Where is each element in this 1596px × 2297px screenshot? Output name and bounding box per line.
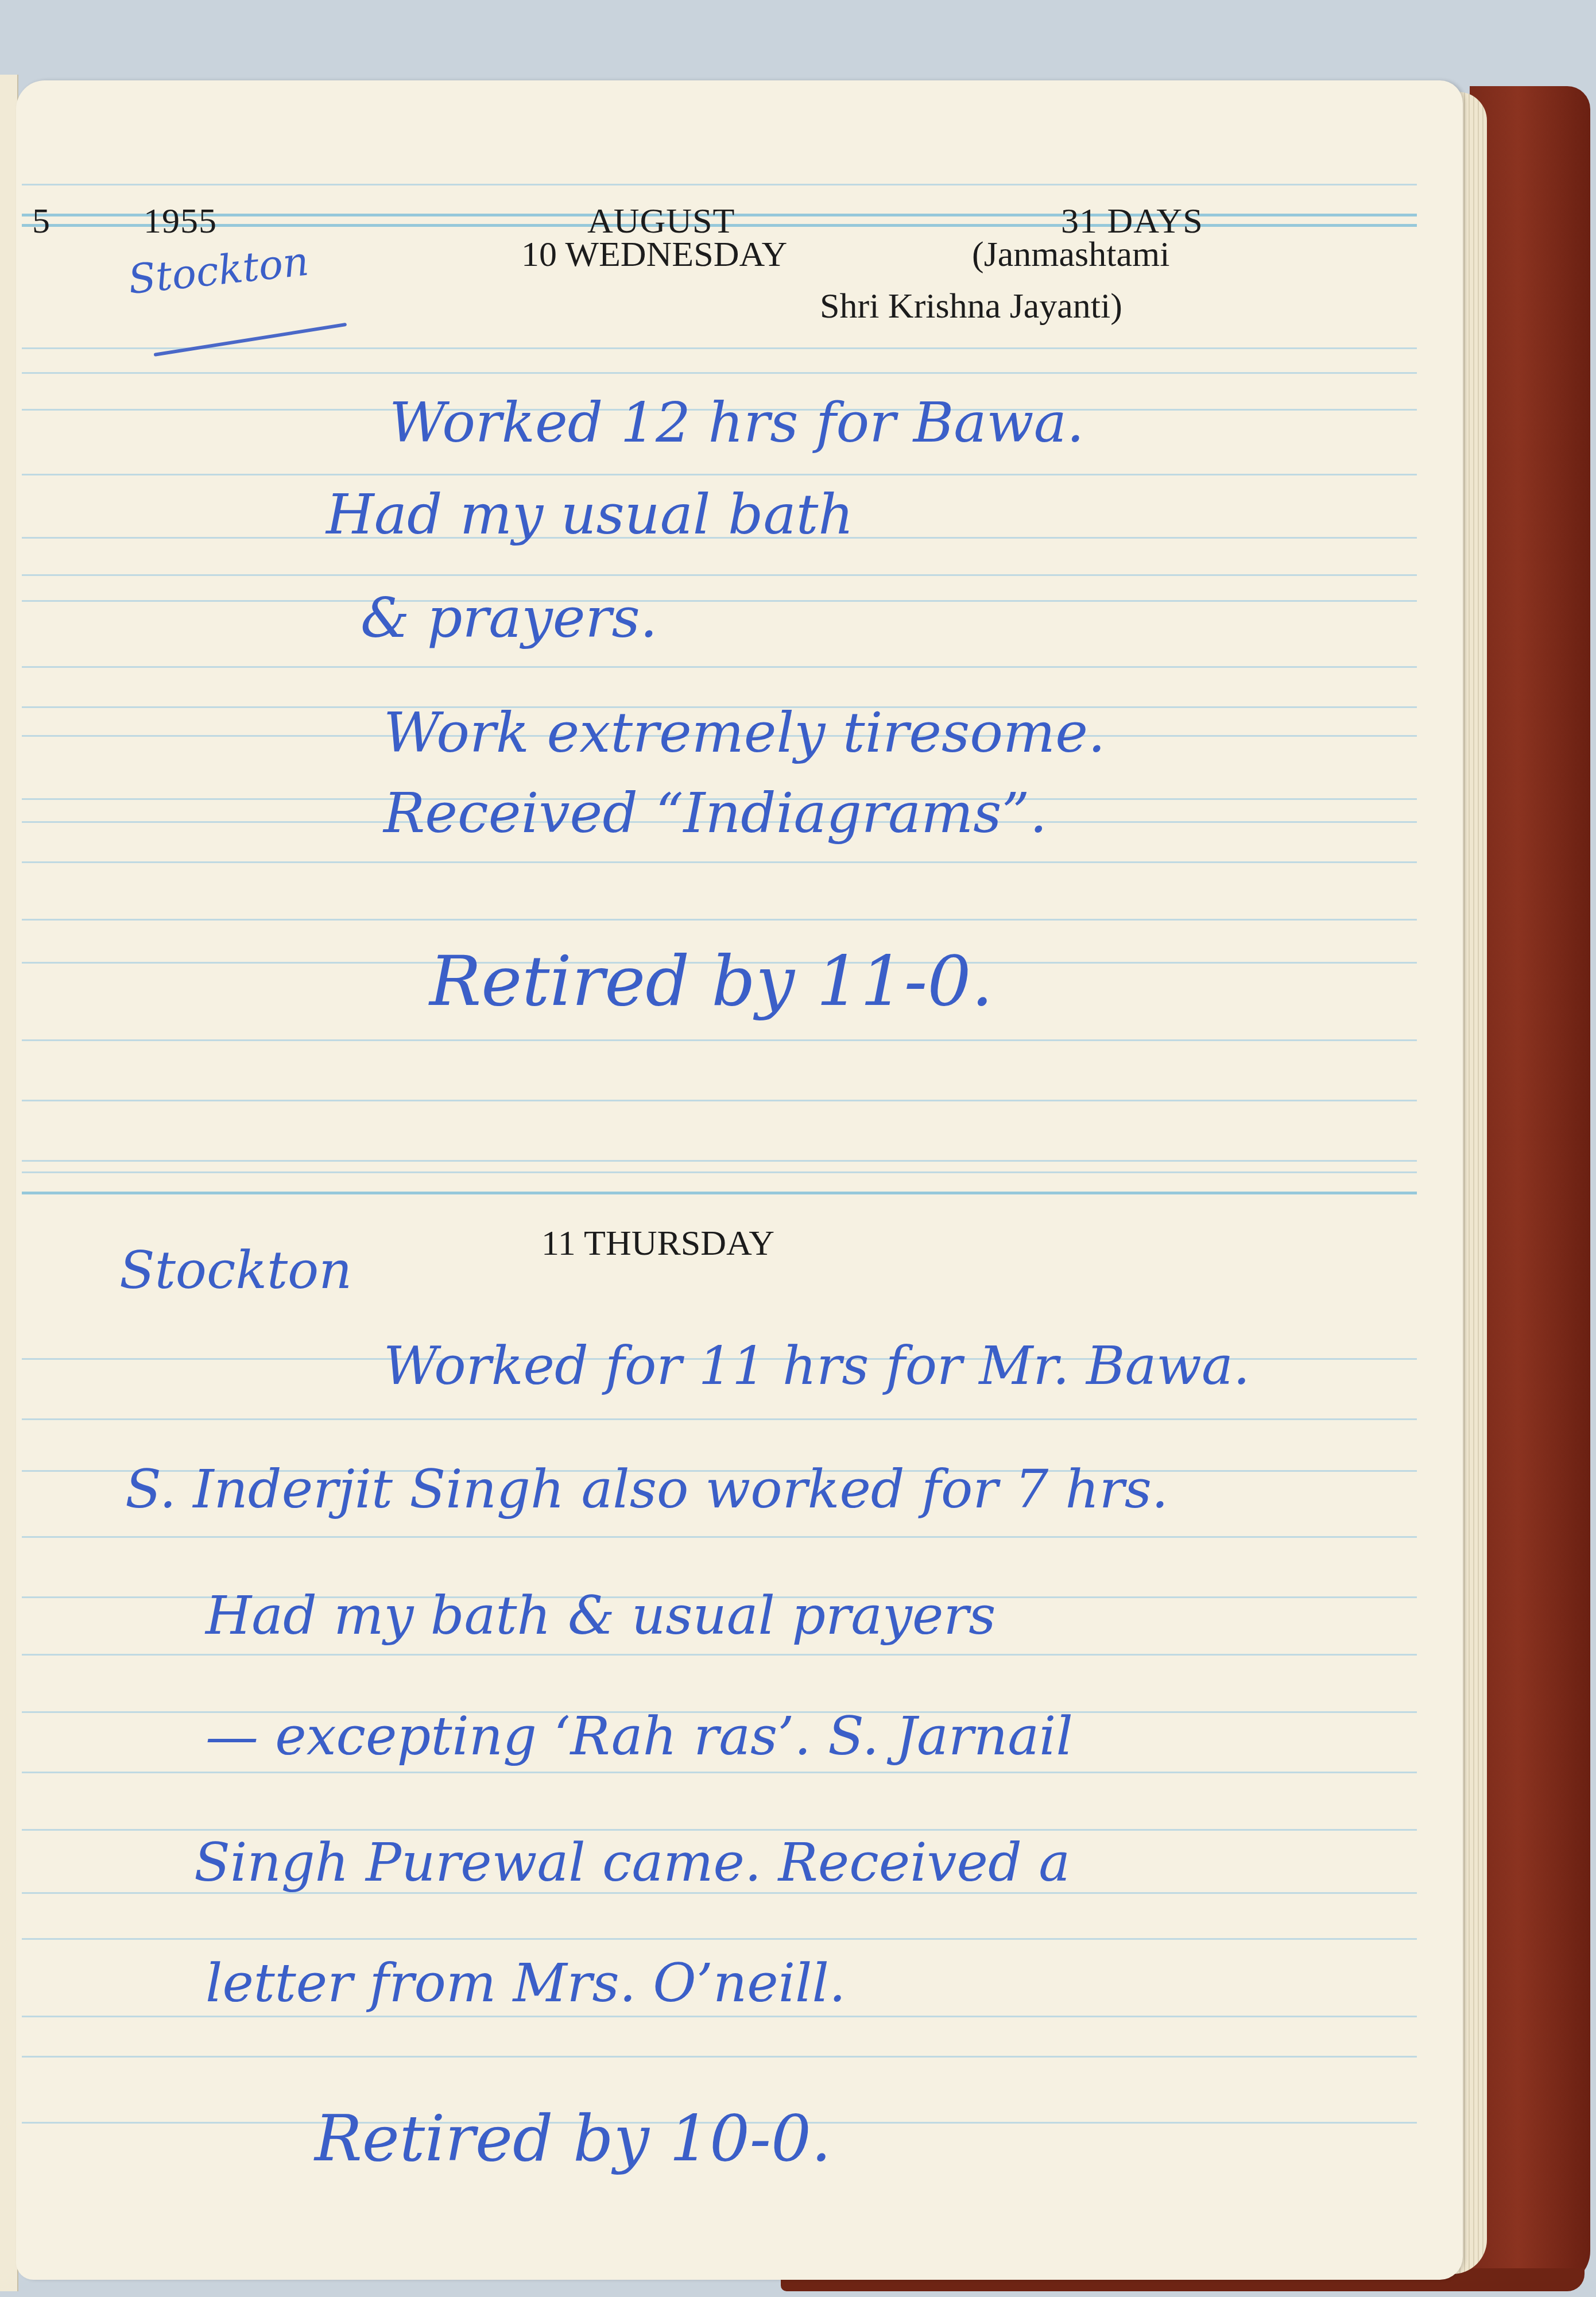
margin-note-underline [154,323,347,357]
rule-line [22,1171,1417,1173]
entry-line: S. Inderjit Singh also worked for 7 hrs. [125,1459,1168,1520]
entry-line: Worked 12 hrs for Bawa. [389,390,1084,455]
entry-line: — excepting ‘Rah ras’. S. Jarnail [206,1706,1073,1767]
entry-line: Worked for 11 hrs for Mr. Bawa. [383,1335,1250,1397]
entry-line: Retired by 10-0. [315,2102,831,2175]
margin-note-location: Stockton [119,1240,352,1301]
date-label-11: 11 THURSDAY [541,1223,774,1264]
rule-line [22,600,1417,602]
diary-page: 5 1955 AUGUST 31 DAYS 10 WEDNESDAY (Janm… [16,80,1463,2280]
rule-line [22,474,1417,475]
year: 1955 [144,201,217,242]
entry-line: Had my bath & usual prayers [206,1585,996,1646]
rule-line [22,1772,1417,1773]
rule-line [22,1536,1417,1538]
entry-line: Singh Purewal came. Received a [194,1832,1070,1893]
rule-line [22,666,1417,668]
date-label-10: 10 WEDNESDAY [521,234,787,275]
rule-line [22,919,1417,921]
entry-line: letter from Mrs. O’neill. [206,1952,846,2014]
rule-line [22,1654,1417,1656]
margin-note-location: Stockton [126,238,311,304]
page-number: 5 [32,201,51,242]
rule-line [22,574,1417,576]
entry-line: & prayers. [361,586,657,650]
entry-line: Received “Indiagrams”. [383,781,1047,845]
rule-line [22,1039,1417,1041]
holiday-line-1: (Janmashtami [972,234,1169,275]
rule-line [22,1418,1417,1420]
day-divider-rule [22,1192,1417,1194]
diary-cover [1470,86,1590,2286]
rule-line [22,1829,1417,1831]
rule-line [22,2056,1417,2058]
rule-line [22,1100,1417,1101]
entry-line: Work extremely tiresome. [383,701,1105,765]
rule-line [22,861,1417,863]
entry-line: Retired by 11-0. [429,942,993,1022]
rule-line [22,372,1417,374]
rule-line [22,2016,1417,2017]
holiday-line-2: Shri Krishna Jayanti) [820,286,1122,327]
entry-line: Had my usual bath [326,482,854,547]
rule-line [22,1938,1417,1940]
rule-line [22,1160,1417,1162]
rule-line [22,184,1417,185]
rule-line [22,347,1417,349]
